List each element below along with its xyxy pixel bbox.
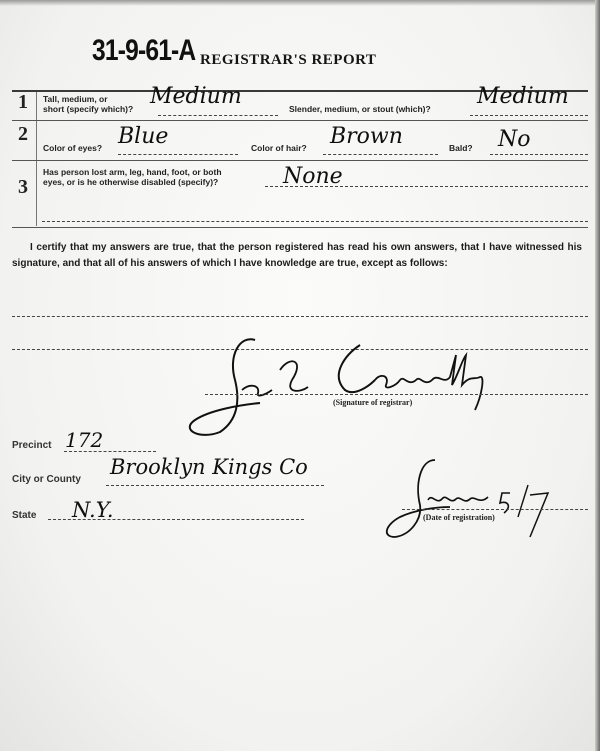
eye-color-line [118,154,238,155]
serial-number: 31-9-61-A [92,34,195,68]
height-answer-line [158,115,278,116]
disability-line-1 [265,186,588,187]
registrar-signature-strokes [180,335,520,440]
build-answer: Medium [477,84,569,109]
bald-label: Bald? [449,144,473,154]
scan-edge-right [595,0,600,751]
disability-label-line2: eyes, or is he otherwise disabled (speci… [43,178,222,188]
registration-card: 31-9-61-A REGISTRAR'S REPORT 1 Tall, med… [0,0,600,751]
bald-line [490,154,588,155]
height-label-line2: short (specify which)? [43,105,133,115]
precinct-value: 172 [65,428,103,452]
row-2-divider [12,160,588,161]
city-line [106,485,324,486]
build-label: Slender, medium, or stout (which)? [289,105,431,115]
registration-date: June 5/17 [420,490,425,491]
height-answer: Medium [150,84,242,109]
scan-edge-top [0,0,600,6]
date-line [402,509,588,510]
signature-caption: (Signature of registrar) [333,398,412,407]
row-3-divider [12,227,588,228]
certification-text: I certify that my answers are true, that… [12,240,582,271]
number-column-divider [36,92,37,226]
registrar-signature: Jos. J. Connelly [230,360,238,361]
question-number: 2 [18,123,28,146]
signature-line [205,394,588,395]
question-number: 1 [18,91,28,114]
city-label: City or County [12,474,81,485]
disability-label: Has person lost arm, leg, hand, foot, or… [43,168,222,187]
build-answer-line [470,115,588,116]
state-label: State [12,510,36,521]
hair-color-line [323,154,438,155]
exception-line-1 [12,316,588,317]
report-title: REGISTRAR'S REPORT [200,52,376,69]
registration-date-strokes [380,455,560,545]
hair-color-label: Color of hair? [251,144,307,154]
city-value: Brooklyn Kings Co [110,455,308,479]
height-label: Tall, medium, or short (specify which)? [43,95,133,114]
precinct-label: Precinct [12,440,51,451]
date-caption: (Date of registration) [423,513,495,522]
eye-color-answer: Blue [118,124,168,149]
eye-color-label: Color of eyes? [43,144,102,154]
precinct-line [64,451,156,452]
state-line [48,519,304,520]
row-1-divider [12,120,588,121]
hair-color-answer: Brown [330,124,403,149]
question-number: 3 [18,176,28,199]
disability-line-2 [42,221,588,222]
bald-answer: No [498,127,531,152]
